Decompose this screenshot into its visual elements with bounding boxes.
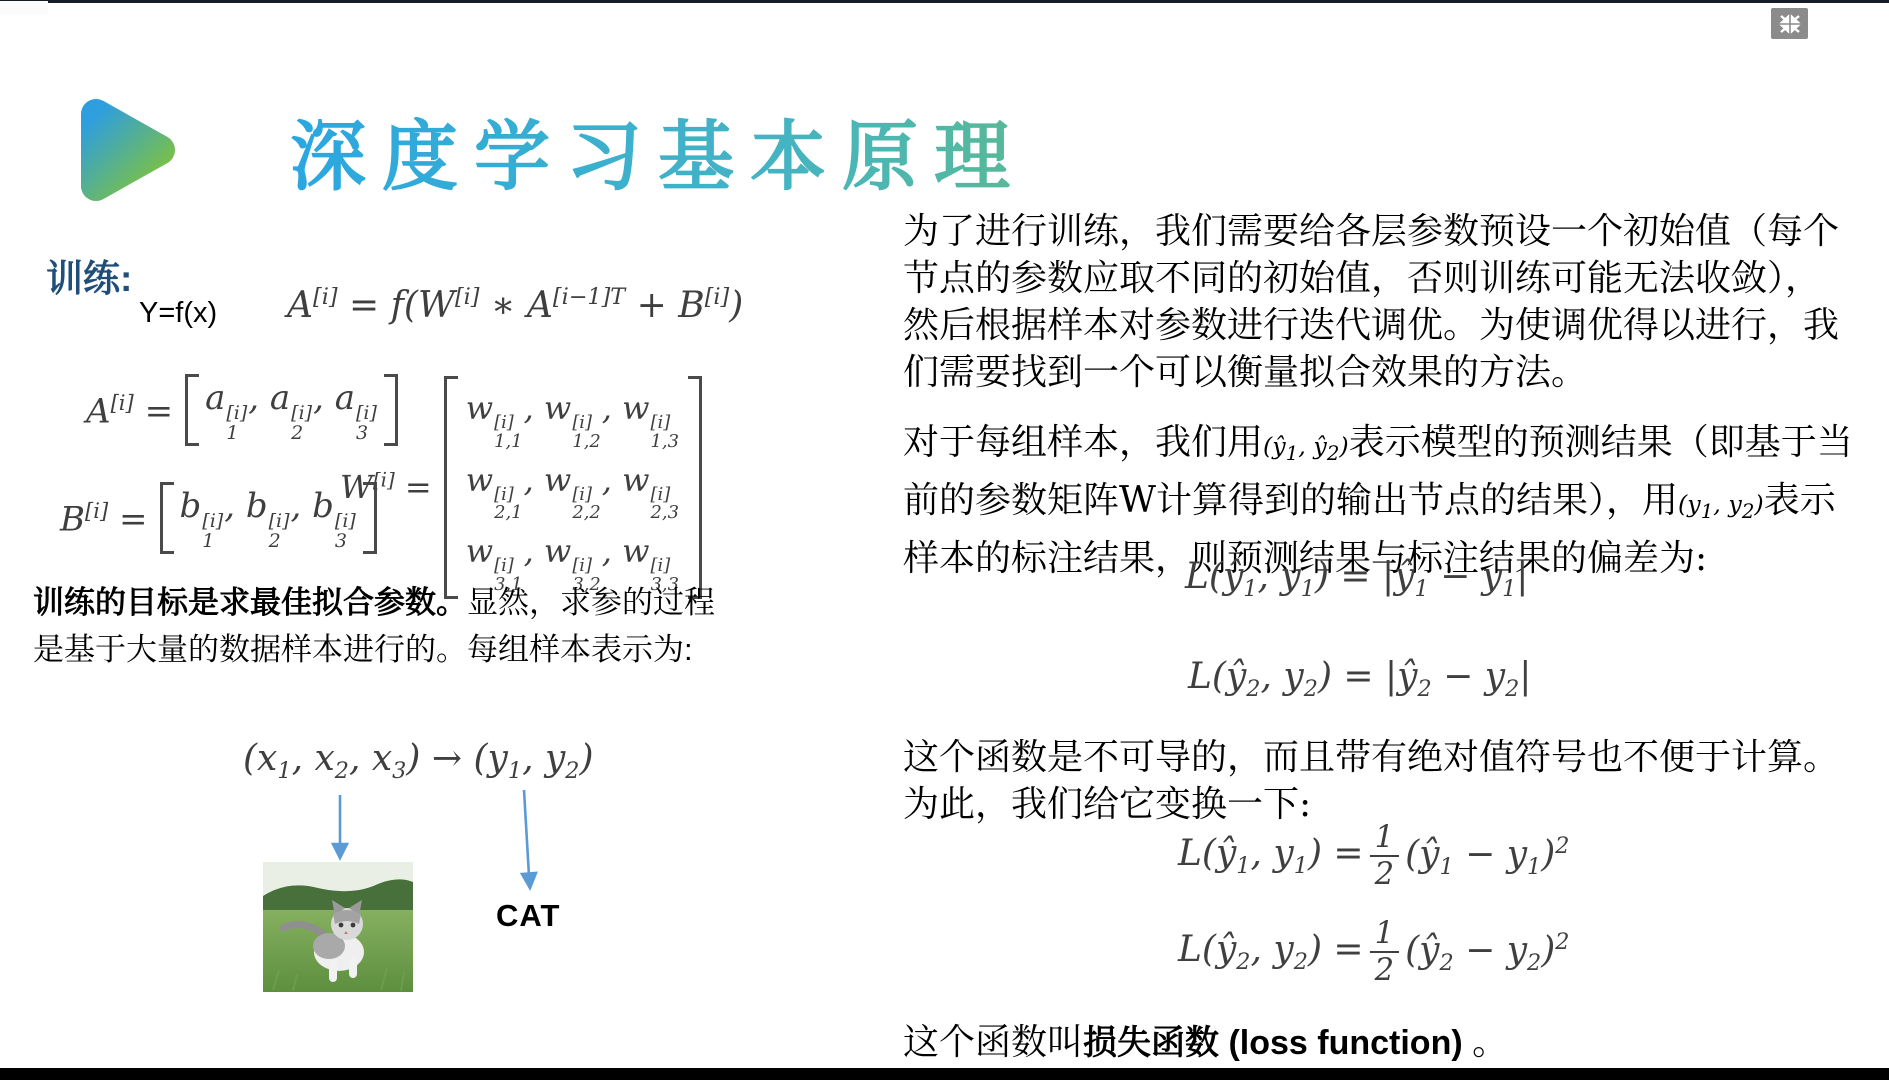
cat-label: CAT (496, 898, 560, 934)
left-bracket (444, 376, 458, 599)
cat-image (263, 862, 413, 992)
vector-b-formula: B[i] = b[i]1, b[i]2, b[i]3 (60, 482, 377, 554)
vector-b-lhs: B[i] = (60, 498, 148, 539)
compress-arrows-icon (1778, 14, 1802, 34)
closing-sentence: 这个函数叫损失函数 (loss function) 。 (903, 1014, 1508, 1065)
left-bracket (185, 374, 199, 446)
loss-abs-formula-1: L(ŷ1, y1) = |ŷ1 − y1| (1185, 556, 1528, 602)
equation-layer: A[i] = f(W[i] ∗ A[i−1]T + B[i]) (287, 284, 743, 326)
matrix-w-rows: w[i]1,1, w[i]1,2, w[i]1,3w[i]2,1, w[i]2,… (458, 376, 688, 599)
top-strip (0, 0, 1889, 3)
matrix-w-lhs: W[i] = (340, 468, 432, 506)
right-bracket (688, 376, 702, 599)
slide: { "page": { "title": "深度学习基本原理" }, "chro… (0, 0, 1889, 1080)
top-left-chip (0, 1, 48, 14)
sample-mapping-formula: (x1, x2, x3) → (y1, y2) (243, 738, 594, 784)
loss-squared-formula-2: L(ŷ2, y2) = 1 2 (ŷ2 − y2)2 (1178, 916, 1570, 988)
play-triangle-logo (72, 92, 184, 213)
formula-rhs: (ŷ1 − y1)2 (1405, 833, 1569, 880)
formula-lhs: L(ŷ2, y2) = (1178, 929, 1364, 975)
fraction-one-half: 1 2 (1370, 820, 1399, 892)
bottom-bar (0, 1068, 1889, 1080)
paragraph-transform: 这个函数是不可导的，而且带有绝对值符号也不便于计算。为此，我们给它变换一下: (903, 734, 1855, 828)
fullscreen-exit-button[interactable] (1771, 8, 1808, 39)
formula-lhs: L(ŷ1, y1) = (1178, 833, 1364, 879)
equation-y-fx: Y=f(x) (139, 297, 217, 330)
training-goal-paragraph: 训练的目标是求最佳拟合参数。显然，求参的过程是基于大量的数据样本进行的。每组样本… (33, 579, 727, 673)
paragraph-initialization: 为了进行训练，我们需要给各层参数预设一个初始值（每个节点的参数应取不同的初始值，… (903, 208, 1855, 396)
page-title: 深度学习基本原理 (290, 96, 1390, 205)
formula-rhs: (ŷ2 − y2)2 (1405, 929, 1569, 976)
loss-squared-formula-1: L(ŷ1, y1) = 1 2 (ŷ1 − y1)2 (1178, 820, 1570, 892)
loss-abs-formula-2: L(ŷ2, y2) = |ŷ2 − y2| (1188, 656, 1531, 702)
left-bracket (160, 482, 174, 554)
vector-a-lhs: A[i] = (86, 390, 173, 431)
vector-b-items: b[i]1, b[i]2, b[i]3 (174, 482, 363, 554)
training-label: 训练: (46, 248, 132, 302)
fraction-one-half: 1 2 (1370, 916, 1399, 988)
matrix-w-formula: W[i] = w[i]1,1, w[i]1,2, w[i]1,3w[i]2,1,… (340, 376, 702, 599)
